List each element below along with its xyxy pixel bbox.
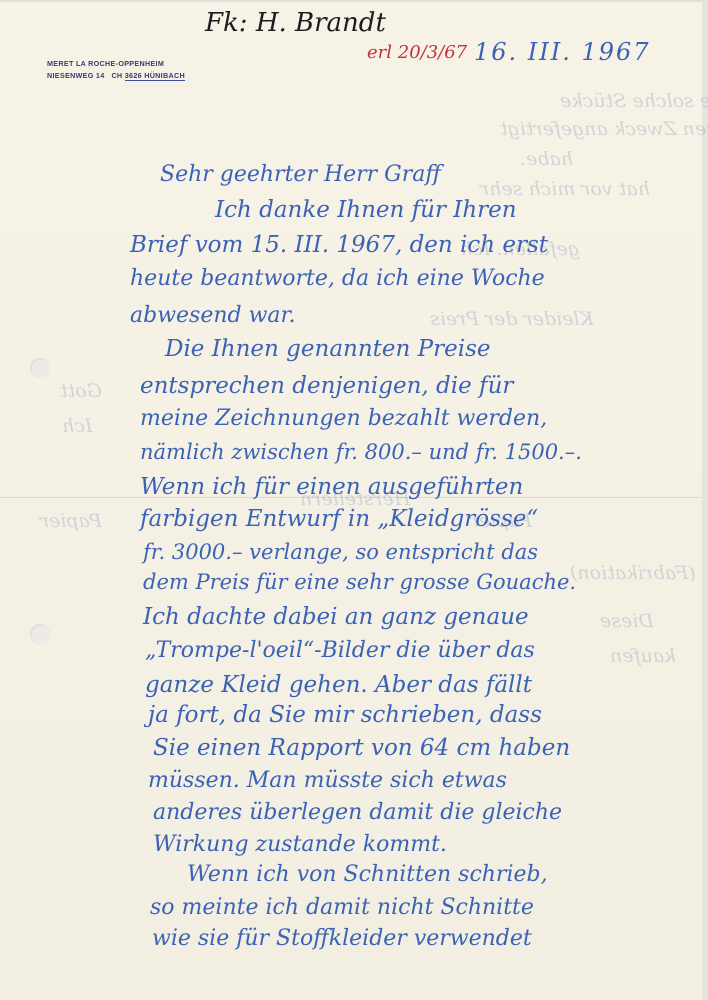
body-line: ja fort, da Sie mir schrieben, dass <box>148 702 542 728</box>
show-through-text: kaufen <box>610 645 676 667</box>
body-line: Sie einen Rapport von 64 cm haben <box>153 735 570 761</box>
show-through-text: eigens für diesen Zweck angefertigt <box>500 118 708 140</box>
body-line: nämlich zwischen fr. 800.– und fr. 1500.… <box>140 440 582 464</box>
body-line: ganze Kleid gehen. Aber das fällt <box>145 672 532 698</box>
show-through-text: Gott <box>60 380 102 402</box>
body-line: Brief vom 15. III. 1967, den ich erst <box>130 232 548 258</box>
show-through-text: Papier <box>40 510 102 532</box>
letterhead: MERET LA ROCHE-OPPENHEIM NIESENWEG 14 CH… <box>47 58 185 82</box>
letterhead-address: NIESENWEG 14 CH 3626 HÜNIBACH <box>47 70 185 82</box>
body-line: Wenn ich für einen ausgeführten <box>140 474 523 500</box>
body-line: abwesend war. <box>130 303 296 328</box>
body-line: entsprechen denjenigen, die für <box>140 373 513 399</box>
punch-hole-top <box>30 358 50 378</box>
body-line: farbigen Entwurf in „Kleidgrösse“ <box>140 506 538 532</box>
body-line: dem Preis für eine sehr grosse Gouache. <box>143 570 576 594</box>
letter-date: 16. III. 1967 <box>474 38 651 66</box>
received-note: erl 20/3/67 <box>367 42 467 63</box>
body-line: Wenn ich von Schnitten schrieb, <box>187 862 548 887</box>
body-line: Wirkung zustande kommt. <box>153 832 447 857</box>
body-line: meine Zeichnungen bezahlt werden, <box>140 406 547 431</box>
archive-note: Fk: H. Brandt <box>205 8 386 38</box>
scan-edge-top <box>0 0 708 2</box>
scan-edge-right <box>702 0 708 1000</box>
letterhead-street: NIESENWEG 14 <box>47 71 105 80</box>
body-line: heute beantworte, da ich eine Woche <box>130 266 545 291</box>
punch-hole-bottom <box>30 624 50 644</box>
body-line: Ich dachte dabei an ganz genaue <box>143 604 529 630</box>
body-line: so meinte ich damit nicht Schnitte <box>150 895 534 920</box>
show-through-text: Diese <box>600 610 654 632</box>
show-through-text: Kleider der Preis <box>430 308 594 330</box>
body-line: fr. 3000.– verlange, so entspricht das <box>143 540 538 564</box>
letterhead-city-prefix: CH <box>111 71 124 80</box>
body-line: müssen. Man müsste sich etwas <box>148 768 507 793</box>
show-through-text: Ich <box>62 415 92 437</box>
letterhead-name: MERET LA ROCHE-OPPENHEIM <box>47 58 185 70</box>
letterhead-city: 3626 HÜNIBACH <box>125 71 185 81</box>
body-line: wie sie für Stoffkleider verwendet <box>152 926 532 951</box>
show-through-text: (Fabrikation) <box>570 562 696 584</box>
show-through-text: habe. <box>520 148 573 170</box>
body-line: Die Ihnen genannten Preise <box>165 336 490 362</box>
salutation: Sehr geehrter Herr Graff <box>160 162 441 187</box>
show-through-text: werden. Ich habe solche Stücke <box>560 90 708 112</box>
body-line: „Trompe-l'oeil“-Bilder die über das <box>145 638 535 663</box>
body-line: anderes überlegen damit die gleiche <box>153 800 562 825</box>
body-line: Ich danke Ihnen für Ihren <box>215 197 517 223</box>
